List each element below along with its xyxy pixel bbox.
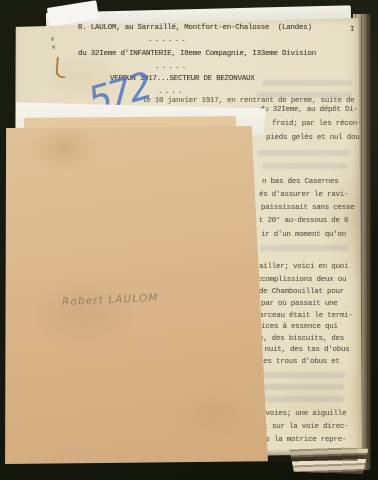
separator-dots-1: ...... — [148, 36, 188, 44]
typed-fragment-line: ir d'un moment qu'on — [261, 231, 346, 239]
typed-fragment-line: du 32Ieme, au dépôt Di- — [260, 106, 358, 114]
faint-bleed-line — [262, 163, 347, 169]
orange-ink-mark — [55, 57, 66, 79]
typed-fragment-line: pieds gelés et nul dou — [266, 134, 360, 142]
typed-fragment-line: uis la motrice repre- — [257, 436, 346, 444]
scanned-document-photo: R. LAULOM, au Sarraillé, Montfort-en-Cha… — [0, 0, 378, 480]
typed-header-line-2: du 32Ieme d'INFANTERIE, I8eme Compagnie,… — [78, 50, 316, 58]
faint-bleed-line — [258, 150, 350, 156]
faint-bleed-line — [256, 372, 346, 378]
typed-fragment-line: larceau était le termi- — [255, 312, 353, 320]
typed-fragment-line: t 20° au-dessous de 0 — [259, 217, 348, 225]
typed-fragment-line: x voies; une aiguille — [257, 410, 346, 418]
typed-fragment-line: rices à essence qui — [257, 323, 338, 331]
typed-fragment-line: par où passait une — [261, 300, 338, 308]
typed-fragment-line: paississait sans cesse — [261, 204, 355, 212]
faint-bleed-line — [256, 92, 352, 98]
typed-header-line-1: R. LAULOM, au Sarraillé, Montfort-en-Cha… — [78, 24, 312, 32]
typed-fragment-line: des trous d'obus et — [259, 358, 340, 366]
pencil-tick — [51, 37, 54, 41]
pencil-tick — [52, 45, 55, 49]
separator-dots-3: .... — [158, 88, 185, 96]
typed-body-line-1: le 10 janvier 1917, en rentrant de perme… — [142, 97, 355, 105]
typed-fragment-line: ailler; voici en quoi — [259, 263, 348, 271]
typed-fragment-line: froid; par les récon- — [272, 120, 361, 128]
typed-fragment-line: de Chambouillat pour — [259, 288, 344, 296]
faint-bleed-line — [256, 396, 344, 402]
typed-fragment-line: ait sur la voie direc- — [255, 423, 349, 431]
typed-fragment-line: a nuit, des tas d'obus — [256, 346, 350, 354]
page-bottom-shadow — [266, 449, 358, 461]
faint-bleed-line — [258, 384, 344, 390]
typed-fragment-line: ccomplissions deux ou — [257, 276, 346, 284]
page-number: I — [350, 26, 354, 34]
typed-fragment-line: n bas des Casernes — [262, 178, 339, 186]
faint-bleed-line — [260, 245, 348, 251]
faint-bleed-line — [262, 80, 352, 86]
typed-fragment-line: és d'assurer le ravi- — [259, 191, 348, 199]
typed-fragment-line: e, des biscuits, des — [259, 335, 344, 343]
separator-dots-2: ..... — [155, 63, 189, 71]
